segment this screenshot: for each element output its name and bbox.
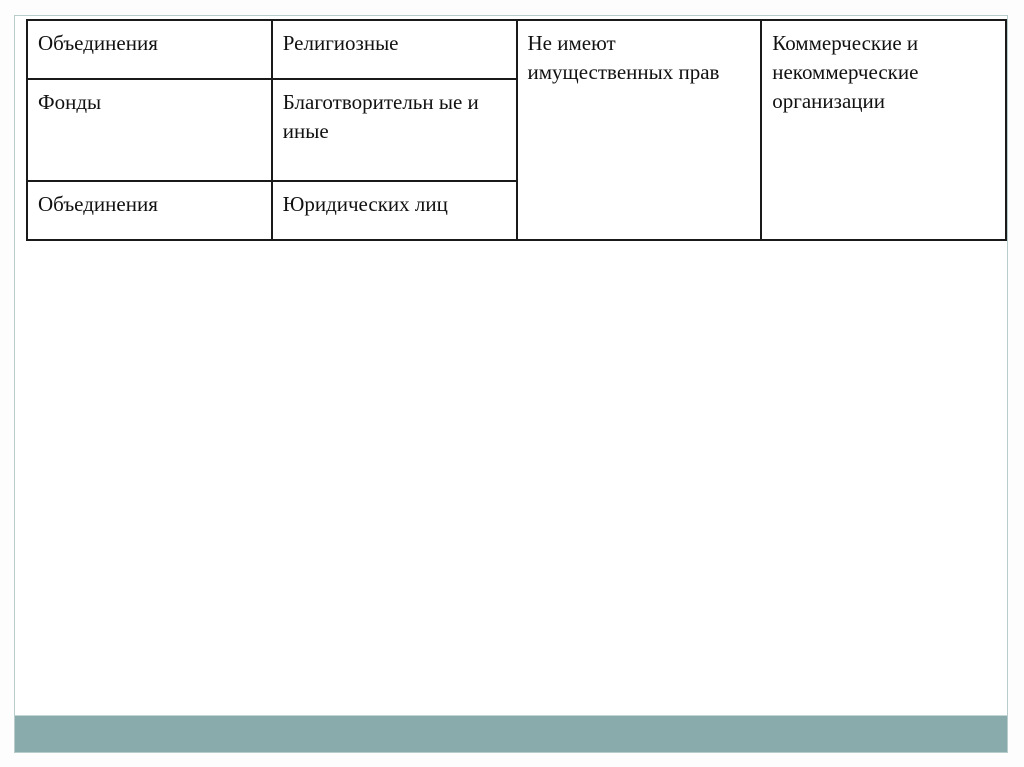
table-cell-merged-col4: Коммерческие и некоммерческие организаци… [761,20,1006,240]
table-cell: Юридических лиц [272,181,517,240]
table-cell: Объединения [27,20,272,79]
table-cell: Объединения [27,181,272,240]
table-cell: Религиозные [272,20,517,79]
slide: Объединения Религиозные Не имеют имущест… [14,15,1008,753]
table-cell-merged-col3: Не имеют имущественных прав [517,20,762,240]
table-cell: Фонды [27,79,272,181]
table-row: Объединения Религиозные Не имеют имущест… [27,20,1006,79]
footer-band [15,715,1007,752]
content-table: Объединения Религиозные Не имеют имущест… [26,19,1007,241]
table-cell: Благотворительн ые и иные [272,79,517,181]
